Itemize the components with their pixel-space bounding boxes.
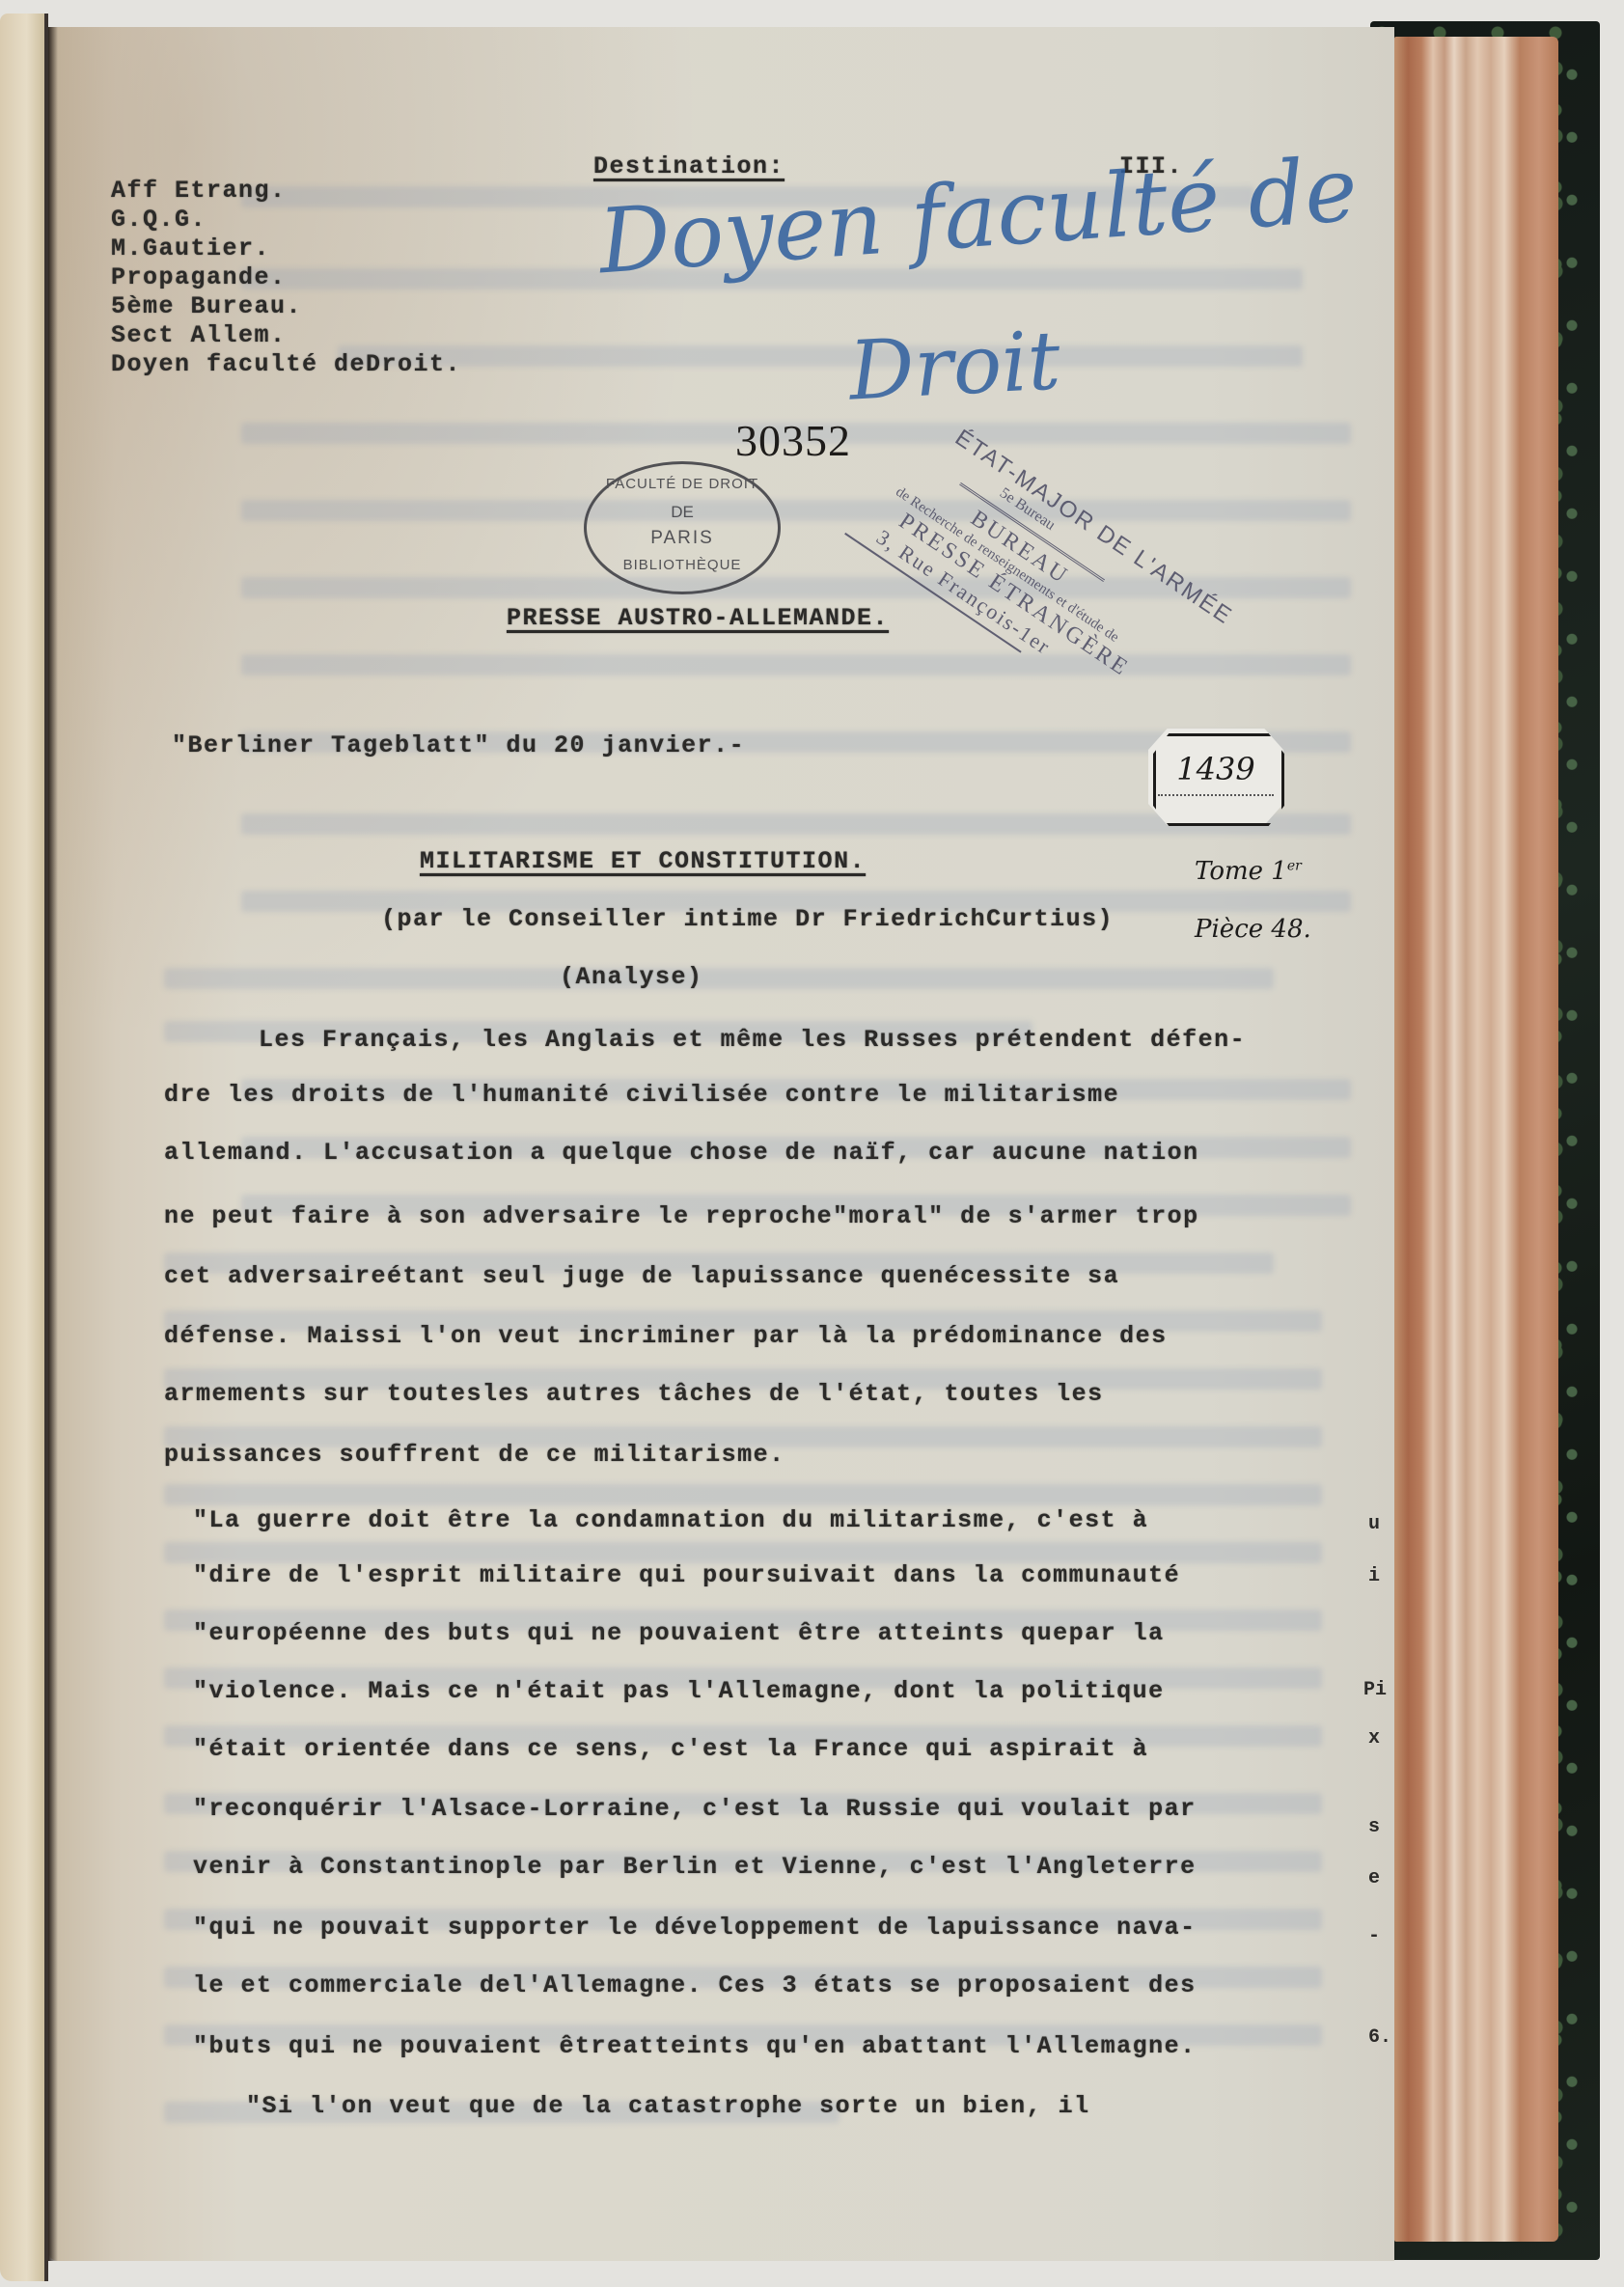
body-line: "dire de l'esprit militaire qui poursuiv…	[193, 1563, 1180, 1587]
handwritten-annotation-line2: Droit	[847, 313, 1063, 418]
body-line: "Si l'on veut que de la catastrophe sort…	[246, 2094, 1090, 2118]
margin-fragment: i	[1368, 1565, 1380, 1587]
margin-fragment: s	[1368, 1816, 1380, 1838]
library-stamp-de: DE	[587, 503, 778, 522]
gutter-shadow	[48, 27, 58, 2261]
body-line: "violence. Mais ce n'était pas l'Allemag…	[193, 1679, 1165, 1703]
body-line: armements sur toutesles autres tâches de…	[164, 1382, 1104, 1406]
body-line: "était orientée dans ce sens, c'est la F…	[193, 1737, 1148, 1761]
margin-note-tome-text: Tome 1	[1195, 857, 1287, 886]
distribution-item: Doyen faculté deDroit.	[111, 352, 461, 377]
body-line: "La guerre doit être la condamnation du …	[193, 1508, 1148, 1532]
distribution-item: Aff Etrang.	[111, 179, 461, 204]
margin-fragment: 6.	[1368, 2026, 1391, 2049]
section-title: PRESSE AUSTRO-ALLEMANDE.	[507, 606, 889, 630]
distribution-item: Sect Allem.	[111, 323, 461, 348]
subtitle: (Analyse)	[560, 965, 703, 989]
catalog-label-number: 1439	[1153, 751, 1279, 787]
byline: (par le Conseiller intime Dr FriedrichCu…	[381, 907, 1114, 931]
page-stack-edges	[1394, 37, 1558, 2242]
left-facing-page	[0, 14, 48, 2281]
article-title: MILITARISME ET CONSTITUTION.	[420, 849, 866, 873]
distribution-list: Aff Etrang. G.Q.G. M.Gautier. Propagande…	[111, 179, 461, 381]
margin-note-piece: Pièce 48.	[1195, 915, 1311, 944]
source-line: "Berliner Tageblatt" du 20 janvier.-	[172, 733, 745, 758]
body-line: "reconquérir l'Alsace-Lorraine, c'est la…	[193, 1797, 1197, 1821]
distribution-item: 5ème Bureau.	[111, 294, 461, 319]
distribution-item: M.Gautier.	[111, 236, 461, 262]
margin-note-tome: Tome 1er	[1195, 857, 1302, 886]
distribution-item: Propagande.	[111, 265, 461, 290]
body-line: venir à Constantinople par Berlin et Vie…	[193, 1855, 1197, 1879]
library-stamp-top: FACULTÉ DE DROIT	[587, 476, 778, 492]
library-stamp: FACULTÉ DE DROIT DE PARIS BIBLIOTHÈQUE	[584, 461, 781, 594]
destination-label: Destination:	[593, 154, 784, 179]
body-line: cet adversaireétant seul juge de lapuiss…	[164, 1264, 1119, 1288]
catalog-label-dotted-rule	[1158, 794, 1274, 796]
body-line: dre les droits de l'humanité civilisée c…	[164, 1083, 1119, 1107]
registry-number-stamp: 30352	[735, 415, 851, 466]
margin-fragment: Pi	[1363, 1679, 1387, 1701]
body-line: "qui ne pouvait supporter le développeme…	[193, 1915, 1197, 1940]
distribution-item: G.Q.G.	[111, 207, 461, 233]
body-line: le et commerciale del'Allemagne. Ces 3 é…	[193, 1973, 1197, 1998]
body-line: puissances souffrent de ce militarisme.	[164, 1443, 785, 1467]
library-stamp-paris: PARIS	[587, 528, 778, 549]
body-line: Les Français, les Anglais et même les Ru…	[259, 1028, 1246, 1052]
margin-fragment: u	[1368, 1513, 1380, 1535]
body-line: ne peut faire à son adversaire le reproc…	[164, 1204, 1199, 1228]
margin-fragment: x	[1368, 1727, 1380, 1750]
body-line: défense. Maissi l'on veut incriminer par…	[164, 1324, 1168, 1348]
body-line: "buts qui ne pouvaient êtreatteints qu'e…	[193, 2034, 1197, 2058]
body-line: "européenne des buts qui ne pouvaient êt…	[193, 1621, 1165, 1645]
margin-fragment: e	[1368, 1867, 1380, 1889]
margin-fragment: -	[1368, 1925, 1380, 1947]
body-line: allemand. L'accusation a quelque chose d…	[164, 1141, 1199, 1165]
library-stamp-bottom: BIBLIOTHÈQUE	[587, 557, 778, 573]
margin-note-tome-sup: er	[1287, 858, 1302, 873]
